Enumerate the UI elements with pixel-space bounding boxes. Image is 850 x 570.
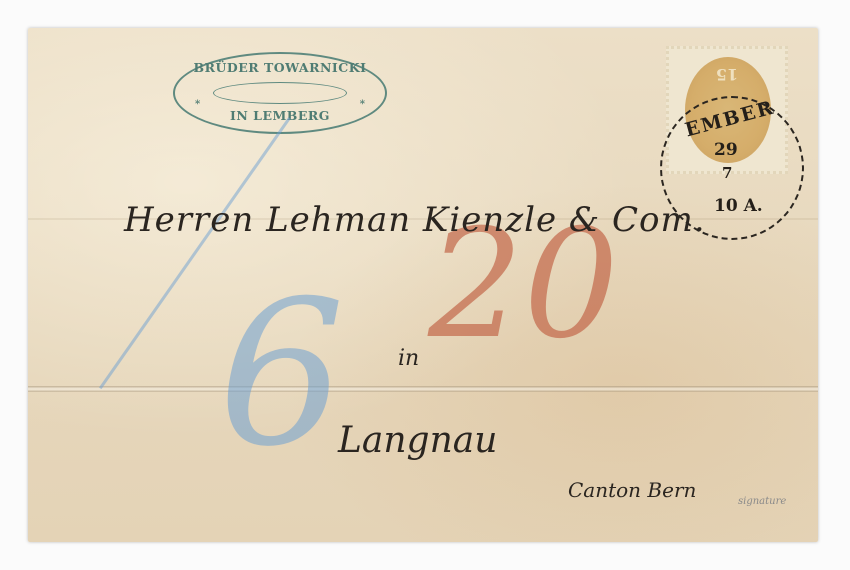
fold-line [28,386,818,392]
postmark-day: 29 [714,140,738,160]
postmark-month: 7 [722,164,732,182]
expert-signature: signature [738,496,786,507]
cachet-inner-oval [213,82,347,104]
stamp-value: 15 [669,65,785,84]
address-canton: Canton Bern [568,478,696,502]
address-town: Langnau [338,420,497,461]
sender-cachet: BRÜDER TOWARNICKI * * IN LEMBERG [173,52,387,134]
cachet-line-2: IN LEMBERG [175,108,385,123]
cachet-line-1: BRÜDER TOWARNICKI [175,60,385,75]
address-in: in [398,346,419,371]
postmark-time: 10 A. [714,196,763,216]
folded-letter: BRÜDER TOWARNICKI * * IN LEMBERG 6 20 15… [28,28,818,542]
address-recipient: Herren Lehman Kienzle & Com. [124,200,706,240]
blue-rate-marking: 6 [218,258,345,491]
